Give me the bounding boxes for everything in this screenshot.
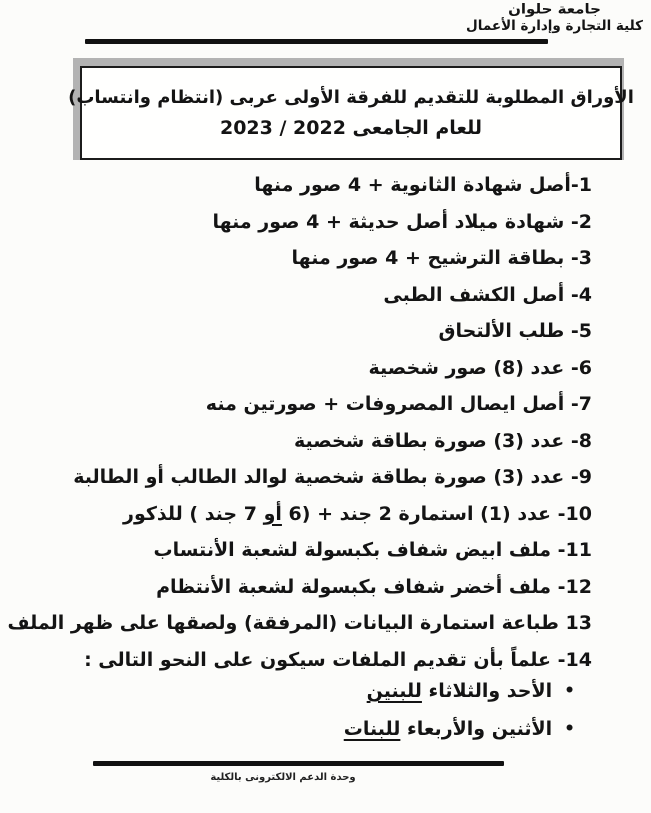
footer-divider-rule: [93, 761, 504, 766]
item-text: 3- بطاقة الترشيح + 4 صور منها: [292, 247, 592, 269]
list-item: 5- طلب الألتحاق: [12, 313, 592, 350]
item-text: 13 طباعة استمارة البيانات (المرفقة) ولصق…: [7, 612, 592, 634]
item-text: 1-أصل شهادة الثانوية + 4 صور منها: [254, 174, 592, 196]
header-block: جامعة حلوان كلية التجارة وإدارة الأعمال: [466, 1, 643, 35]
footer-text: وحدة الدعم الالكترونى بالكلية: [133, 772, 433, 783]
item-text: 7 جند ) للذكور: [123, 503, 264, 525]
list-item: 6- عدد (8) صور شخصية: [12, 350, 592, 387]
list-item: 10- عدد (1) استمارة 2 جند + (6 أو 7 جند …: [12, 496, 592, 533]
list-item: 2- شهادة ميلاد أصل حديثة + 4 صور منها: [12, 204, 592, 241]
document-title-line1: الأوراق المطلوبة للتقديم للفرقة الأولى ع…: [68, 87, 634, 108]
header-divider-rule: [85, 39, 548, 44]
schedule-bullets: •الأحد والثلاثاء للبنين •الأثنين والأربع…: [12, 672, 575, 748]
list-item: 8- عدد (3) صورة بطاقة شخصية: [12, 423, 592, 460]
title-box-shadow: الأوراق المطلوبة للتقديم للفرقة الأولى ع…: [73, 58, 624, 160]
bullet-text: الأحد والثلاثاء: [422, 680, 552, 702]
item-text: 8- عدد (3) صورة بطاقة شخصية: [294, 430, 592, 452]
bullet-icon: •: [564, 710, 575, 748]
item-text: 6- عدد (8) صور شخصية: [369, 357, 593, 379]
list-item: 9- عدد (3) صورة بطاقة شخصية لوالد الطالب…: [12, 459, 592, 496]
bullet-text: الأثنين والأربعاء: [400, 718, 552, 740]
university-logo-text: جامعة حلوان: [466, 2, 643, 18]
scanned-document-page: جامعة حلوان كلية التجارة وإدارة الأعمال …: [0, 0, 651, 813]
list-item: 7- أصل ايصال المصروفات + صورتين منه: [12, 386, 592, 423]
list-item: 11- ملف ابيض شفاف بكبسولة لشعبة الأنتساب: [12, 532, 592, 569]
list-item: 12- ملف أخضر شفاف بكبسولة لشعبة الأنتظام: [12, 569, 592, 606]
list-item: 13 طباعة استمارة البيانات (المرفقة) ولصق…: [12, 605, 592, 642]
underlined-word: للبنات: [344, 718, 401, 740]
item-text: 5- طلب الألتحاق: [439, 320, 592, 342]
requirements-list: 1-أصل شهادة الثانوية + 4 صور منها 2- شها…: [12, 167, 592, 678]
title-box: الأوراق المطلوبة للتقديم للفرقة الأولى ع…: [80, 66, 622, 160]
list-item: 3- بطاقة الترشيح + 4 صور منها: [12, 240, 592, 277]
underlined-word: أو: [264, 503, 282, 525]
item-text: 7- أصل ايصال المصروفات + صورتين منه: [206, 393, 592, 415]
item-text: 2- شهادة ميلاد أصل حديثة + 4 صور منها: [212, 211, 592, 233]
item-text: 14- علماً بأن تقديم الملفات سيكون على ال…: [84, 649, 592, 671]
list-item: 4- أصل الكشف الطبى: [12, 277, 592, 314]
item-text: 12- ملف أخضر شفاف بكبسولة لشعبة الأنتظام: [156, 576, 592, 598]
list-item: 1-أصل شهادة الثانوية + 4 صور منها: [12, 167, 592, 204]
item-text: 10- عدد (1) استمارة 2 جند + (6: [282, 503, 592, 525]
item-text: 4- أصل الكشف الطبى: [383, 284, 592, 306]
document-title-line2: للعام الجامعى 2022 / 2023: [220, 117, 482, 139]
bullet-icon: •: [564, 672, 575, 710]
faculty-name: كلية التجارة وإدارة الأعمال: [466, 19, 643, 35]
item-text: 11- ملف ابيض شفاف بكبسولة لشعبة الأنتساب: [154, 539, 593, 561]
bullet-row: •الأحد والثلاثاء للبنين: [12, 672, 575, 710]
bullet-row: •الأثنين والأربعاء للبنات: [12, 710, 575, 748]
underlined-word: للبنين: [367, 680, 422, 702]
item-text: 9- عدد (3) صورة بطاقة شخصية لوالد الطالب…: [73, 466, 592, 488]
